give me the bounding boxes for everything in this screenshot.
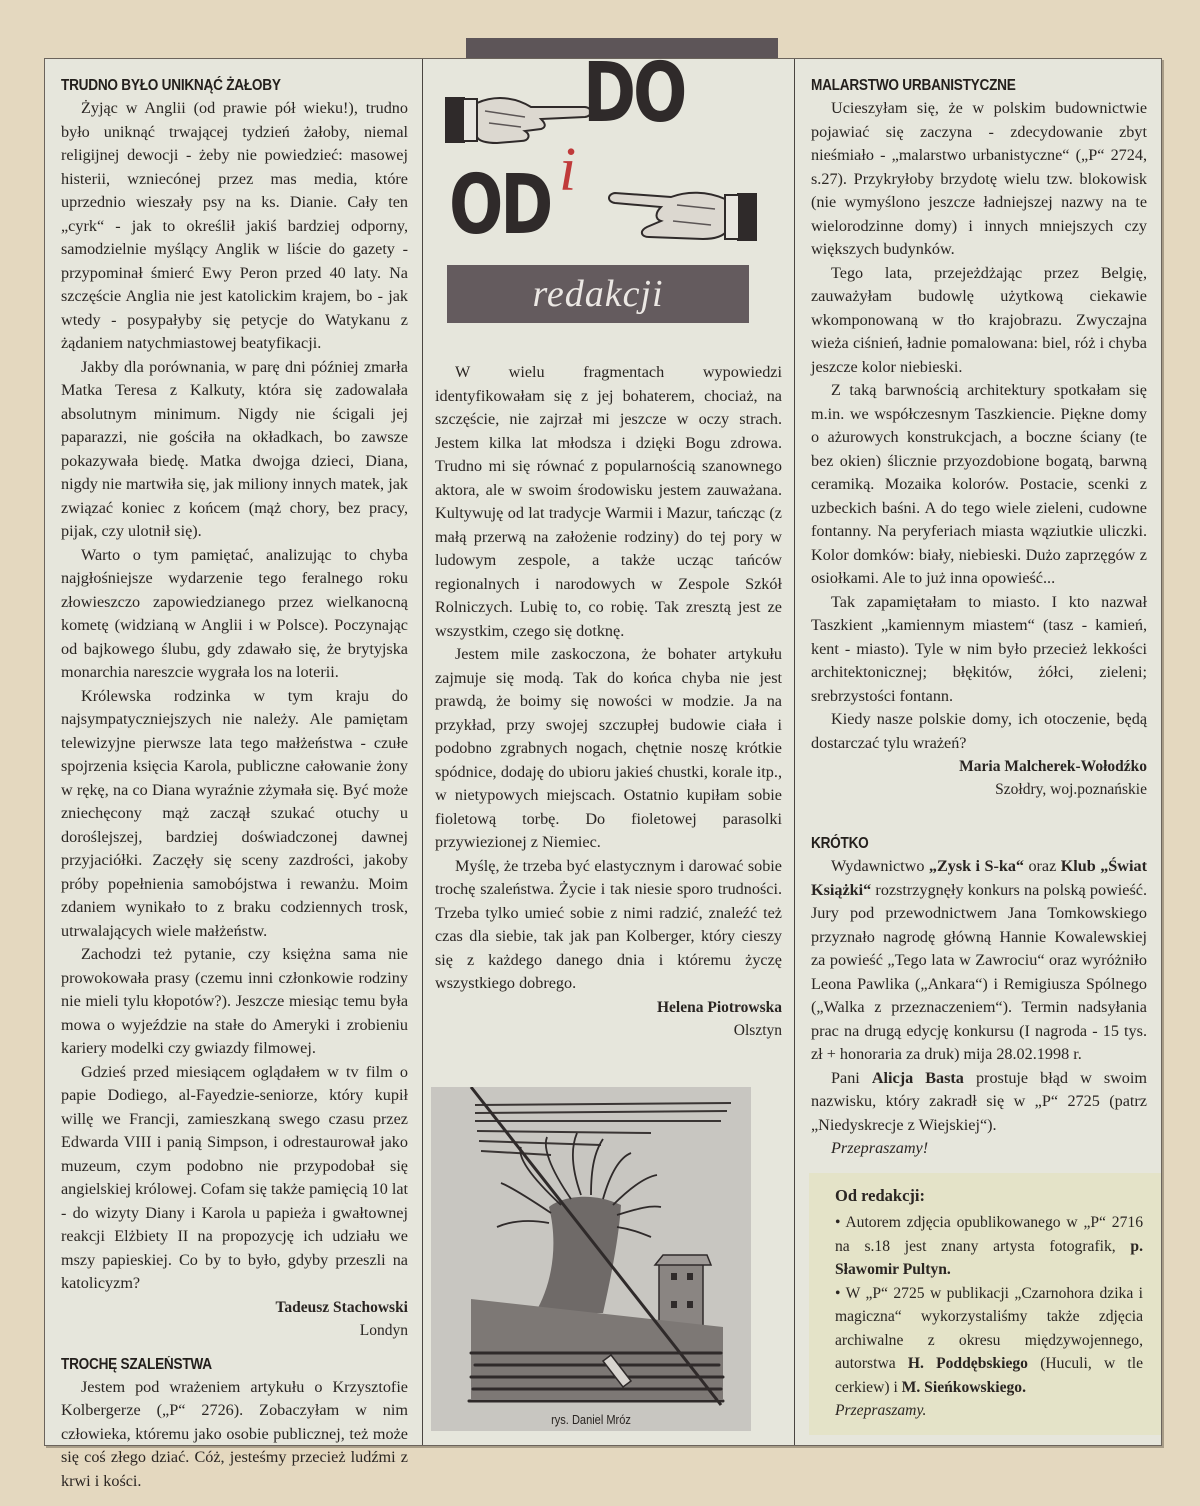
column-middle: DO i OD redakcji W wielu fragmentach wyp… xyxy=(423,59,795,1445)
river-water-icon xyxy=(431,1347,751,1407)
masthead-do: DO xyxy=(583,53,684,135)
author-place: Olsztyn xyxy=(435,1019,782,1042)
paragraph: Zachodzi też pytanie, czy księżna sama n… xyxy=(61,943,408,1061)
paragraph: Jestem mile zaskoczona, że bohater artyk… xyxy=(435,643,782,855)
author-signature: Helena Piotrowska xyxy=(435,996,782,1019)
paragraph: Tak zapamiętałam to miasto. I kto nazwał… xyxy=(811,591,1147,709)
paragraph: W wielu fragmentach wypowiedzi identyfik… xyxy=(435,361,782,643)
editor-note-item: • W „P“ 2725 w publikacji „Czarnohora dz… xyxy=(835,1282,1143,1400)
section-heading: KRÓTKO xyxy=(811,835,1107,853)
person-name: H. Poddębskiego xyxy=(908,1355,1028,1372)
person-name: M. Sieńkowskiego. xyxy=(902,1379,1026,1396)
do-i-od-redakcji-masthead: DO i OD redakcji xyxy=(435,59,782,359)
letter-heading: TRUDNO BYŁO UNIKNĄĆ ŻAŁOBY xyxy=(61,77,366,95)
person-name: Alicja Basta xyxy=(872,1069,964,1087)
illustration: rys. Daniel Mróz xyxy=(431,1087,751,1431)
author-signature: Maria Malcherek-Wołodźko xyxy=(811,755,1147,778)
author-place: Londyn xyxy=(61,1319,408,1342)
publisher-name: „Zysk i S-ka“ xyxy=(929,857,1024,875)
paragraph: Ucieszyłam się, że w polskim budownictwi… xyxy=(811,97,1147,262)
paragraph: Tego lata, przejeżdżając przez Belgię, z… xyxy=(811,262,1147,380)
paragraph: Jakby dla porównania, w parę dni później… xyxy=(61,356,408,544)
letter-trudno: TRUDNO BYŁO UNIKNĄĆ ŻAŁOBY Żyjąc w Angli… xyxy=(61,77,408,1342)
paragraph: Myślę, że trzeba być elastycznym i darow… xyxy=(435,855,782,996)
letter-troche-continued: W wielu fragmentach wypowiedzi identyfik… xyxy=(435,361,782,1042)
krotko-section: KRÓTKO Wydawnictwo „Zysk i S-ka“ oraz Kl… xyxy=(811,835,1147,1161)
text: oraz xyxy=(1024,857,1061,875)
text: • Autorem zdjęcia opublikowanego w „P“ 2… xyxy=(835,1214,1143,1255)
paragraph: Kiedy nasze polskie domy, ich otoczenie,… xyxy=(811,708,1147,755)
letter-heading: TROCHĘ SZALEŃSTWA xyxy=(61,1356,366,1374)
author-signature: Tadeusz Stachowski xyxy=(61,1296,408,1319)
masthead-i: i xyxy=(559,135,576,206)
paragraph: Wydawnictwo „Zysk i S-ka“ oraz Klub „Świ… xyxy=(811,855,1147,1067)
paragraph: Gdzieś przed miesiącem oglądałem w tv fi… xyxy=(61,1061,408,1296)
column-left: TRUDNO BYŁO UNIKNĄĆ ŻAŁOBY Żyjąc w Angli… xyxy=(45,59,423,1445)
text: Pani xyxy=(831,1069,872,1087)
paragraph: Jestem pod wrażeniem artykułu o Krzyszto… xyxy=(61,1376,408,1494)
paragraph: Warto o tym pamiętać, analizując to chyb… xyxy=(61,544,408,685)
letter-malarstwo: MALARSTWO URBANISTYCZNE Ucieszyłam się, … xyxy=(811,77,1147,801)
letter-troche: TROCHĘ SZALEŃSTWA Jestem pod wrażeniem a… xyxy=(61,1356,408,1494)
letter-heading: MALARSTWO URBANISTYCZNE xyxy=(811,77,1107,95)
column-right: MALARSTWO URBANISTYCZNE Ucieszyłam się, … xyxy=(795,59,1161,1445)
editor-note-item: • Autorem zdjęcia opublikowanego w „P“ 2… xyxy=(835,1211,1143,1282)
apology: Przepraszamy. xyxy=(835,1399,1143,1423)
pointing-hand-left-icon xyxy=(607,179,757,245)
masthead-redakcji-banner: redakcji xyxy=(447,265,749,323)
paragraph: Żyjąc w Anglii (od prawie pół wieku!), t… xyxy=(61,97,408,356)
text: Wydawnictwo xyxy=(831,857,929,875)
author-place: Szołdry, woj.poznańskie xyxy=(811,778,1147,801)
masthead-od: OD xyxy=(449,165,550,247)
masthead-redakcji: redakcji xyxy=(532,272,663,316)
apology: Przepraszamy! xyxy=(811,1137,1147,1161)
editor-note-box: Od redakcji: • Autorem zdjęcia opublikow… xyxy=(809,1173,1161,1435)
paragraph: Z taką barwnością architektury spotkałam… xyxy=(811,379,1147,591)
illustration-caption: rys. Daniel Mróz xyxy=(455,1412,727,1427)
text: rozstrzygnęły konkurs na polską powieść.… xyxy=(811,881,1147,1064)
letters-page: TRUDNO BYŁO UNIKNĄĆ ŻAŁOBY Żyjąc w Angli… xyxy=(44,58,1162,1446)
editor-note-title: Od redakcji: xyxy=(835,1183,1143,1209)
paragraph: Królewska rodzinka w tym kraju do najsym… xyxy=(61,685,408,944)
paragraph: Pani Alicja Basta prostuje błąd w swoim … xyxy=(811,1067,1147,1138)
